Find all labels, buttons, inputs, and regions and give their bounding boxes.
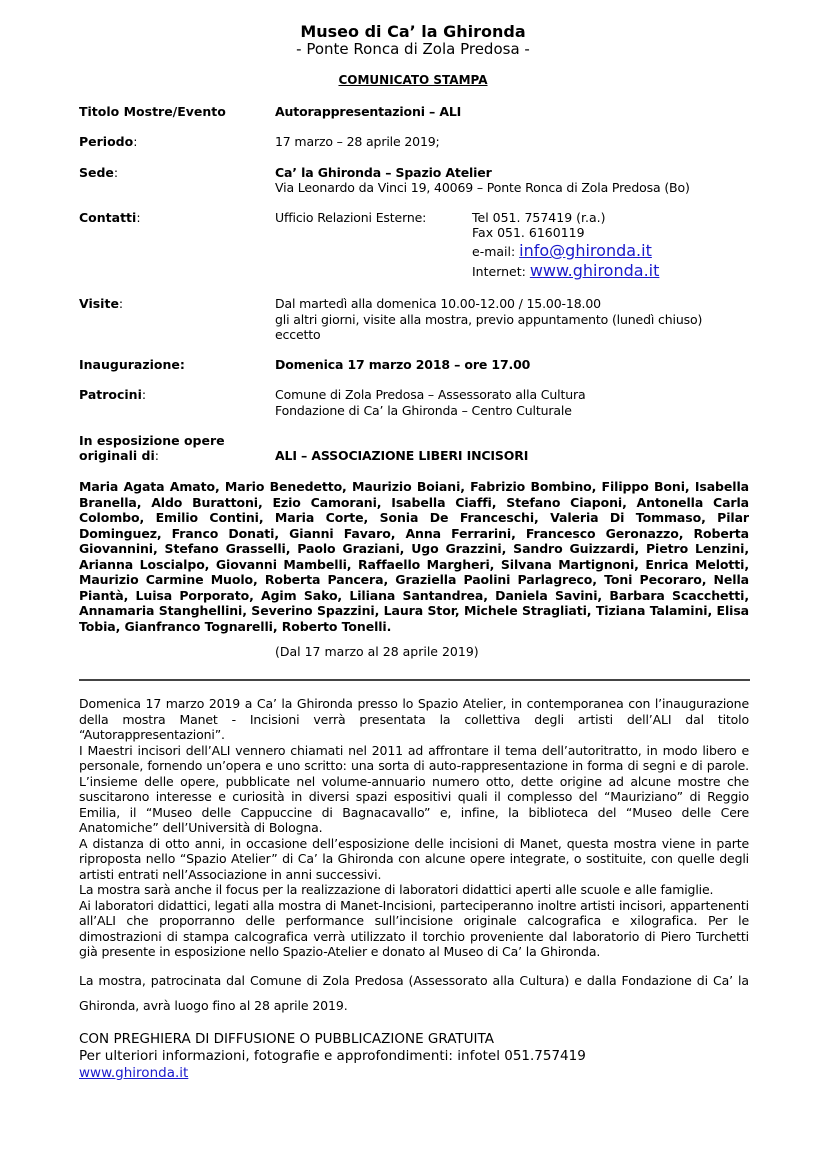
label-sede: Sede: (79, 165, 118, 180)
artists-list: Maria Agata Amato, Mario Benedetto, Maur… (79, 479, 749, 634)
label-esposizione-1: In esposizione opere (79, 433, 225, 448)
museum-title: Museo di Ca’ la Ghironda (0, 22, 826, 41)
email-link[interactable]: info@ghironda.it (519, 241, 652, 260)
date-note: (Dal 17 marzo al 28 aprile 2019) (275, 644, 479, 659)
website-link[interactable]: www.ghironda.it (530, 261, 660, 280)
footer: CON PREGHIERA DI DIFFUSIONE O PUBBLICAZI… (79, 1031, 586, 1082)
visite-line2: gli altri giorni, visite alla mostra, pr… (275, 312, 702, 328)
footer-distribution-note: CON PREGHIERA DI DIFFUSIONE O PUBBLICAZI… (79, 1031, 586, 1048)
body-paragraph: A distanza di otto anni, in occasione de… (79, 836, 749, 883)
value-titolo: Autorappresentazioni – ALI (275, 104, 461, 120)
visite-line1: Dal martedì alla domenica 10.00-12.00 / … (275, 296, 601, 312)
museum-location: - Ponte Ronca di Zola Predosa - (0, 40, 826, 58)
label-inaugurazione: Inaugurazione: (79, 357, 185, 372)
body-paragraph: Domenica 17 marzo 2019 a Ca’ la Ghironda… (79, 696, 749, 743)
label-contatti: Contatti: (79, 210, 141, 225)
contact-website-row: Internet: www.ghironda.it (472, 263, 659, 280)
value-esposizione: ALI – ASSOCIAZIONE LIBERI INCISORI (275, 448, 528, 464)
value-sede-name: Ca’ la Ghironda – Spazio Atelier (275, 165, 492, 181)
patrocini-line1: Comune di Zola Predosa – Assessorato all… (275, 387, 585, 403)
footer-info: Per ulteriori informazioni, fotografie e… (79, 1048, 586, 1065)
body-paragraph: I Maestri incisori dell’ALI vennero chia… (79, 743, 749, 836)
contact-email-row: e-mail: info@ghironda.it (472, 243, 652, 260)
value-periodo: 17 marzo – 28 aprile 2019; (275, 134, 440, 150)
body-paragraph: Ai laboratori didattici, legati alla mos… (79, 898, 749, 960)
value-sede-address: Via Leonardo da Vinci 19, 40069 – Ponte … (275, 180, 690, 196)
footer-website-link[interactable]: www.ghironda.it (79, 1065, 188, 1081)
contact-office: Ufficio Relazioni Esterne: (275, 210, 426, 226)
label-periodo: Periodo: (79, 134, 137, 149)
closing-paragraph: La mostra, patrocinata dal Comune di Zol… (79, 968, 749, 1018)
press-release-body: Domenica 17 marzo 2019 a Ca’ la Ghironda… (79, 696, 749, 960)
contact-tel: Tel 051. 757419 (r.a.) (472, 210, 606, 226)
visite-line3: eccetto (275, 327, 321, 343)
label-esposizione-2: originali di: (79, 448, 159, 463)
label-patrocini: Patrocini: (79, 387, 146, 402)
contact-fax: Fax 051. 6160119 (472, 225, 585, 241)
document-type: COMUNICATO STAMPA (0, 73, 826, 87)
divider (79, 679, 750, 681)
label-titolo: Titolo Mostre/Evento (79, 104, 226, 119)
value-inaugurazione: Domenica 17 marzo 2018 – ore 17.00 (275, 357, 530, 373)
body-paragraph: La mostra sarà anche il focus per la rea… (79, 882, 749, 898)
patrocini-line2: Fondazione di Ca’ la Ghironda – Centro C… (275, 403, 572, 419)
label-visite: Visite: (79, 296, 123, 311)
